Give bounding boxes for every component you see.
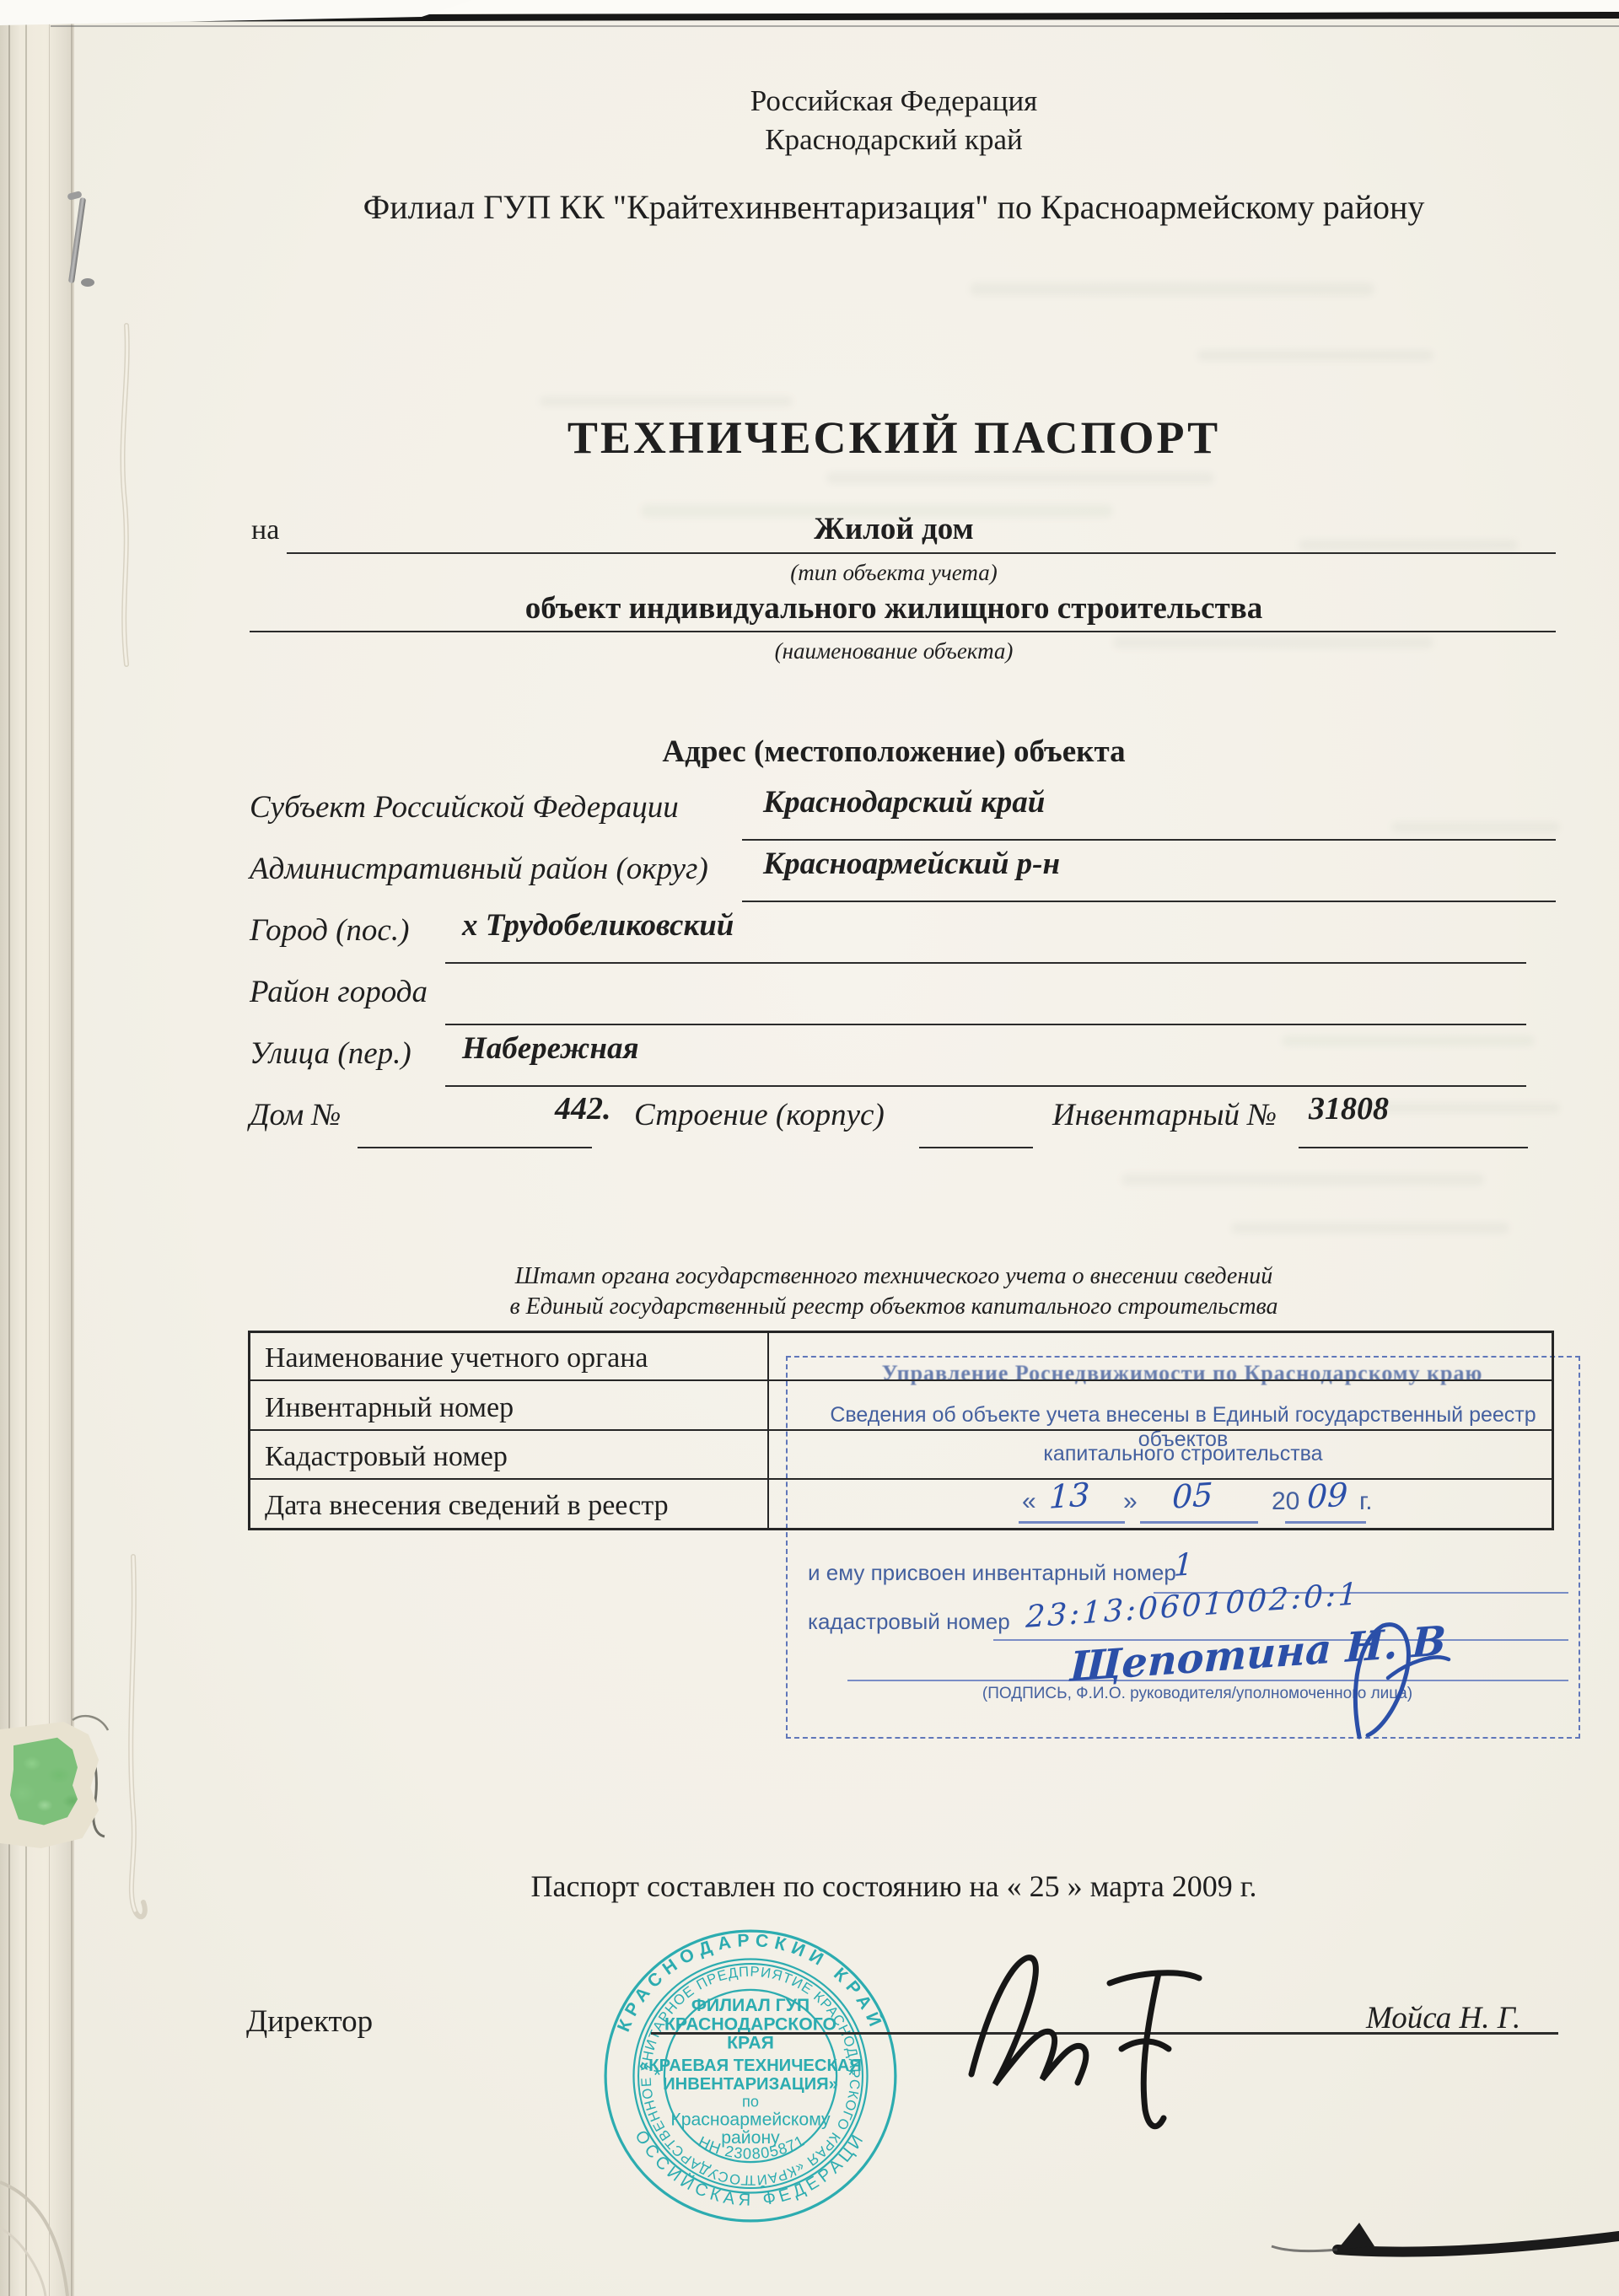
assigned-inventory-label: и ему присвоен инвентарный номер xyxy=(808,1560,1176,1586)
date-day-handwritten: 13 xyxy=(1048,1476,1090,1516)
address-row-label: Улица (пер.) xyxy=(250,1035,411,1072)
director-label: Директор xyxy=(246,2003,373,2040)
region-line: Краснодарский край xyxy=(169,123,1619,157)
bleed-through-smudge xyxy=(540,396,793,406)
assigned-inventory-value: 1 xyxy=(1173,1547,1193,1584)
address-row-label: Административный район (округ) xyxy=(250,851,708,887)
binding-thread xyxy=(131,1557,145,1917)
table-border xyxy=(1552,1331,1554,1530)
address-row-label: Город (пос.) xyxy=(250,912,409,949)
underline xyxy=(445,1085,1526,1087)
underline xyxy=(250,631,1556,632)
inventory-value: 31808 xyxy=(1309,1090,1389,1127)
date-underline xyxy=(1019,1521,1125,1524)
staple-icon xyxy=(81,278,94,287)
object-name-value: объект индивидуального жилищного строите… xyxy=(169,590,1619,626)
director-name: Мойса Н. Г. xyxy=(1366,2000,1520,2036)
round-seal: КРАСНОДАРСКИЙ КРАЙ РОССИЙСКАЯ ФЕДЕРАЦИЯ … xyxy=(597,1921,904,2228)
seal-center-line: ФИЛИАЛ ГУП xyxy=(691,1996,809,2015)
underline xyxy=(358,1147,592,1148)
seal-center-line: КРАСНОДАРСКОГО xyxy=(664,2014,836,2034)
date-year-handwritten: 09 xyxy=(1306,1476,1348,1516)
underline xyxy=(1299,1147,1528,1148)
underline xyxy=(742,839,1556,841)
address-row-label: Район города xyxy=(250,974,428,1010)
country-line: Российская Федерация xyxy=(169,84,1619,118)
table-border xyxy=(248,1331,250,1530)
registry-caption-line1: Штамп органа государственного техническо… xyxy=(169,1263,1619,1290)
address-row-label: Субъект Российской Федерации xyxy=(250,789,679,825)
address-row-value: Набережная xyxy=(462,1030,639,1067)
bleed-through-smudge xyxy=(1121,1174,1484,1186)
scanned-technical-passport-page: { "colors": { "paper": "#f4f1e9", "ink":… xyxy=(0,0,1619,2296)
bleed-through-smudge xyxy=(1197,350,1433,361)
table-border xyxy=(248,1478,1553,1480)
address-row-value: Красноармейский р-н xyxy=(763,846,1060,882)
building-label: Строение (корпус) xyxy=(634,1097,885,1133)
compiled-date-line: Паспорт составлен по состоянию на « 25 »… xyxy=(169,1869,1619,1904)
underline xyxy=(742,901,1556,902)
bleed-through-smudge xyxy=(1391,822,1560,832)
seal-center-line: по xyxy=(742,2093,759,2110)
table-row-label: Дата внесения сведений в реестр xyxy=(265,1490,669,1522)
object-type-caption: (тип объекта учета) xyxy=(169,560,1619,586)
organization-line: Филиал ГУП КК "Крайтехинвентаризация" по… xyxy=(169,187,1619,227)
date-open-quote: « xyxy=(1022,1487,1036,1516)
bleed-through-smudge xyxy=(1231,1223,1509,1234)
underline xyxy=(287,552,1556,554)
registry-caption-line2: в Единый государственный реестр объектов… xyxy=(169,1293,1619,1320)
seal-center-line: «КРАЕВАЯ ТЕХНИЧЕСКАЯ xyxy=(639,2057,862,2075)
bleed-through-smudge xyxy=(1282,1035,1535,1046)
date-close-quote: » xyxy=(1123,1487,1138,1516)
object-name-caption: (наименование объекта) xyxy=(169,638,1619,664)
date-underline xyxy=(1285,1521,1366,1524)
underline xyxy=(919,1147,1033,1148)
page-stack-edge xyxy=(0,0,74,2296)
page-edge-line xyxy=(8,0,10,2296)
page-title: ТЕХНИЧЕСКИЙ ПАСПОРТ xyxy=(169,411,1619,464)
page-edge-line xyxy=(71,0,73,2296)
object-type-value: Жилой дом xyxy=(169,511,1619,547)
page-edge-line xyxy=(49,0,50,2296)
address-heading: Адрес (местоположение) объекта xyxy=(169,734,1619,770)
date-year-prefix: 20 xyxy=(1272,1487,1299,1516)
green-patch xyxy=(0,1722,103,1848)
table-border xyxy=(767,1331,769,1530)
table-row-label: Кадастровый номер xyxy=(265,1441,508,1473)
director-signature-line xyxy=(651,2032,1558,2035)
seal-center-line: КРАЯ xyxy=(727,2034,774,2053)
table-row-label: Инвентарный номер xyxy=(265,1392,514,1424)
green-patch-texture xyxy=(7,1734,91,1833)
table-border xyxy=(248,1429,1553,1431)
date-underline xyxy=(1140,1521,1258,1524)
signature-caption: (ПОДПИСЬ, Ф.И.О. руководителя/уполномоче… xyxy=(928,1685,1467,1703)
registry-entry-line2: капитального строительства xyxy=(796,1442,1570,1466)
date-suffix: г. xyxy=(1359,1487,1373,1516)
bleed-through-smudge xyxy=(970,282,1374,296)
table-row-label: Наименование учетного органа xyxy=(265,1342,648,1374)
house-label: Дом № xyxy=(250,1097,341,1133)
scanner-edge-line-thin xyxy=(51,25,1619,27)
underline xyxy=(445,1024,1526,1025)
cadastre-label: кадастровый номер xyxy=(808,1609,1010,1635)
inventory-label: Инвентарный № xyxy=(1052,1097,1277,1133)
address-row-value: Краснодарский край xyxy=(763,784,1045,820)
seal-center-line: Красноармейскому xyxy=(670,2110,831,2130)
house-value: 442. xyxy=(555,1090,611,1127)
date-month-handwritten: 05 xyxy=(1171,1476,1213,1516)
underline xyxy=(445,962,1526,964)
address-row-value: х Трудобеликовский xyxy=(462,907,734,944)
bleed-through-smudge xyxy=(826,472,1214,484)
page-curl-shadow xyxy=(1337,2223,1374,2250)
page-curl-shadow xyxy=(1337,2236,1619,2252)
table-border xyxy=(248,1528,1553,1530)
table-border xyxy=(248,1379,1553,1381)
registry-org-line: Управление Роснедвижимости по Краснодарс… xyxy=(803,1361,1562,1386)
seal-center-line: ИНВЕНТАРИЗАЦИЯ» xyxy=(663,2075,838,2094)
page-edge-line xyxy=(25,0,27,2296)
table-border xyxy=(248,1331,1553,1333)
binding-thread xyxy=(122,325,126,664)
